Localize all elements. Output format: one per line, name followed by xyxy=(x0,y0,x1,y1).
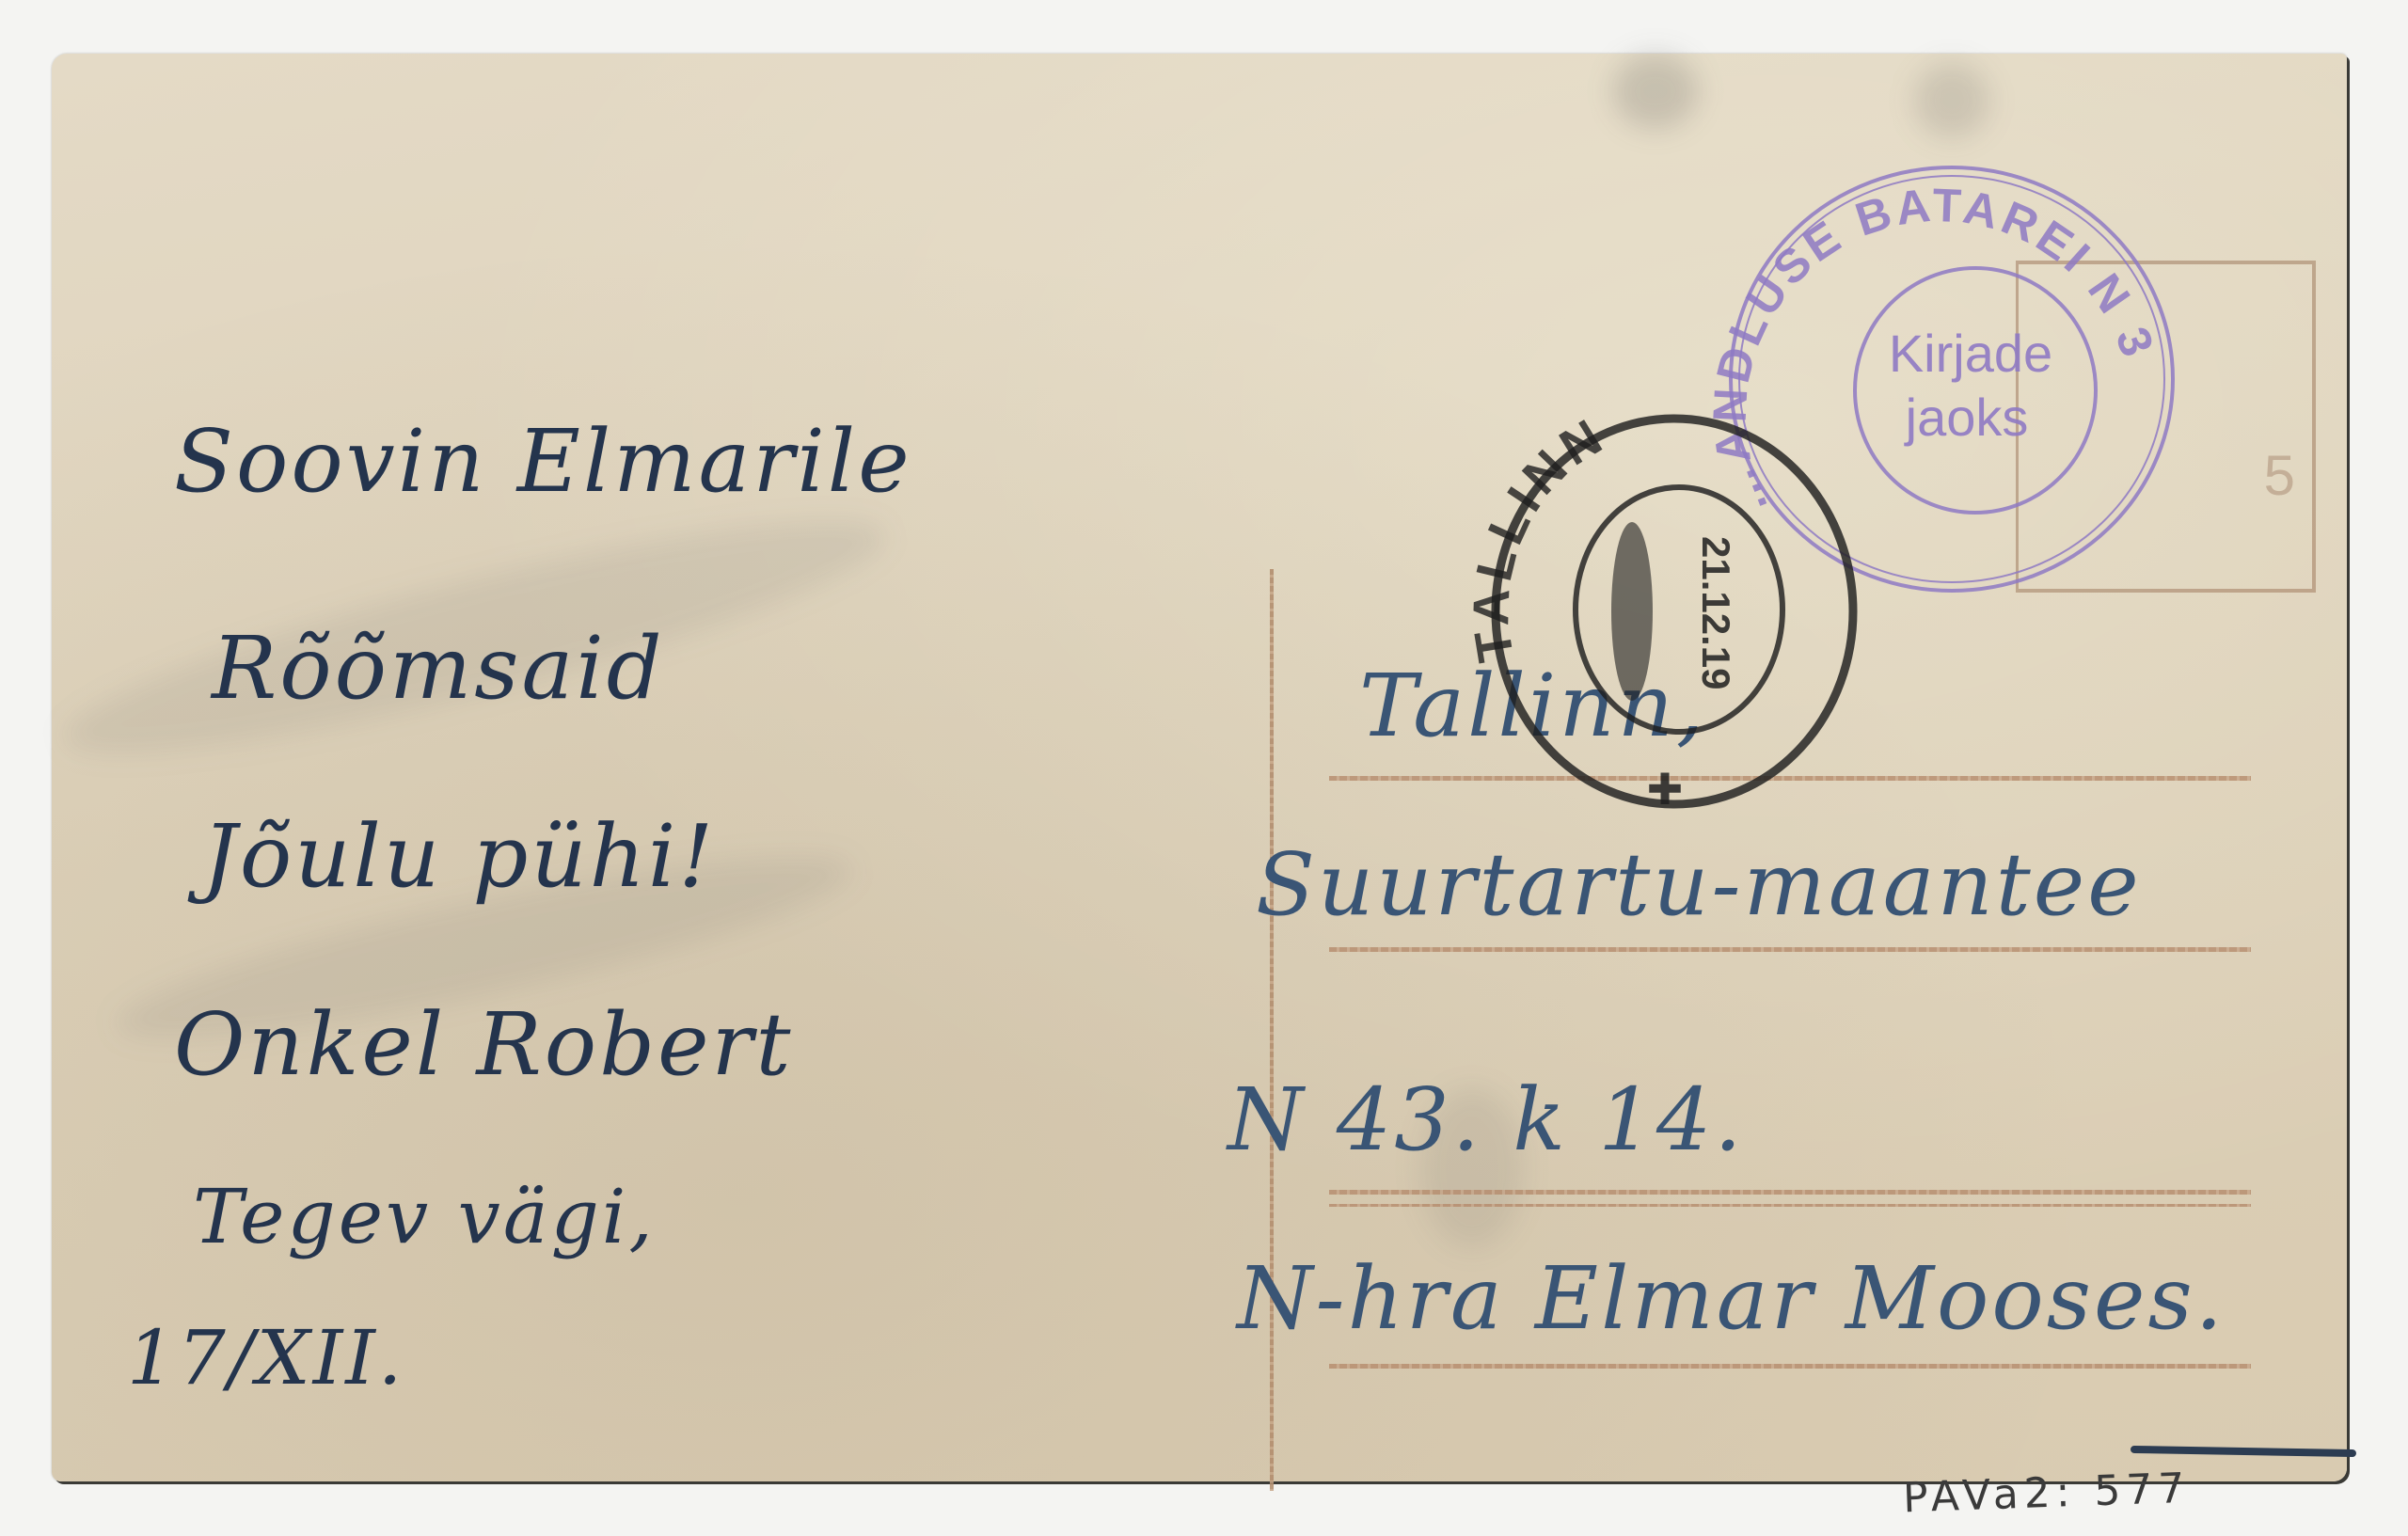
postmark: TALLINN 21.12.19 ✚ xyxy=(1449,376,1900,865)
postmark-cross-icon: ✚ xyxy=(1647,764,1684,815)
stamp-value: 5 xyxy=(2264,443,2295,508)
postmark-inner-ring xyxy=(1576,487,1782,732)
address-line-2 xyxy=(1329,947,2251,952)
address-recipient: N-hra Elmar Mooses. xyxy=(1237,1248,2226,1349)
message-line-6-date: 17/XII. xyxy=(127,1314,404,1401)
message-line-3: Jõulu pühi! xyxy=(202,806,716,907)
address-line-3b xyxy=(1329,1204,2251,1207)
recipient-underline xyxy=(2131,1446,2356,1457)
address-line-4 xyxy=(1329,1364,2251,1369)
postmark-date: 21.12.19 xyxy=(1694,536,1738,690)
center-divider xyxy=(1270,569,1274,1491)
censor-inner-line-2: jaoks xyxy=(1904,388,2029,447)
message-line-4-signature: Onkel Robert xyxy=(174,994,793,1095)
message-line-1: Soovin Elmarile xyxy=(174,411,912,512)
censor-inner-line-1: Kirjade xyxy=(1889,324,2052,383)
archive-reference: PAVa2: 577 xyxy=(1902,1465,2191,1523)
ink-smudge xyxy=(1613,54,1698,129)
message-line-2: Rõõmsaid xyxy=(212,618,665,719)
address-line-3 xyxy=(1329,1190,2251,1195)
message-line-5: Tegev vägi, xyxy=(193,1173,656,1260)
postmark-bar xyxy=(1611,522,1653,701)
address-number: N 43. k 14. xyxy=(1228,1069,1745,1170)
